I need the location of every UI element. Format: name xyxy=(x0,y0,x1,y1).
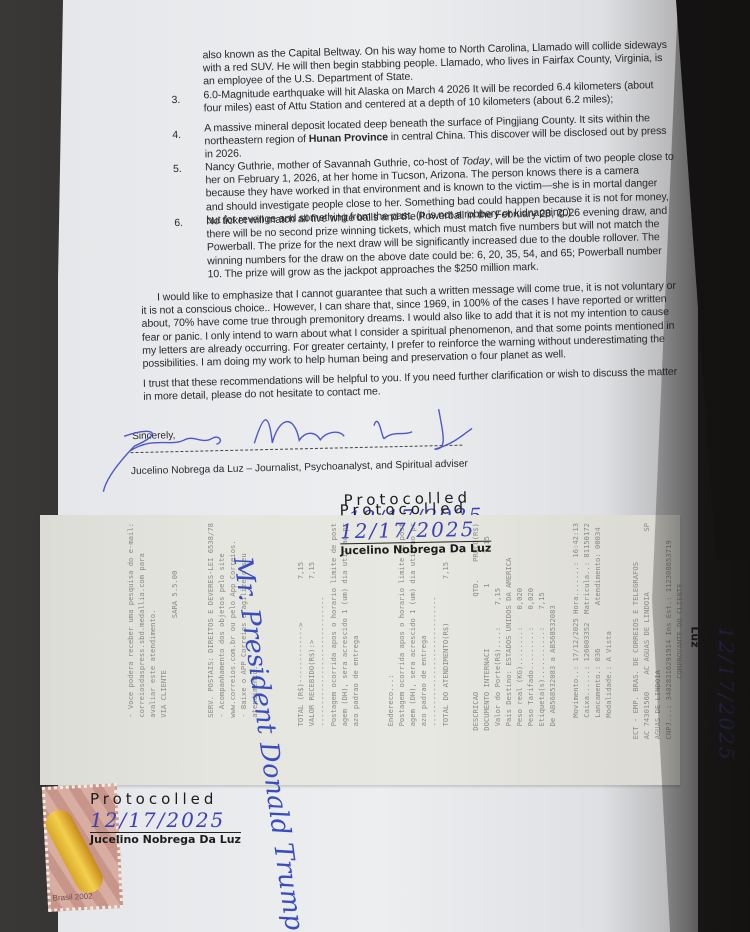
receipt-header: ECT - EMP. BRAS. DE CORREIOS E TELEGRAFO… xyxy=(630,523,685,739)
protocol-stamp-vertical: Protocolled 12/17/2025 Jucelino Nobrega … xyxy=(689,626,750,761)
item-number: 4. xyxy=(172,129,182,142)
item-number: 6. xyxy=(174,217,184,230)
letter-page: also known as the Capital Beltway. On hi… xyxy=(0,0,750,509)
receipt-transaction: Movimento..: 17/12/2025 Hora.......: 16:… xyxy=(570,523,614,718)
item-text: No ticket will match all five white ball… xyxy=(206,205,677,282)
receipt-footer: - Voce podera receber uma pesquisa do e-… xyxy=(125,523,180,718)
item-number: 3. xyxy=(171,94,181,107)
paragraph: I trust that these recommendations will … xyxy=(143,366,683,405)
paragraph: I would like to emphasize that I cannot … xyxy=(141,280,683,371)
item-number: 5. xyxy=(173,163,183,176)
protocol-stamp-bottom: Protocolled 12/17/2025 Jucelino Nobrega … xyxy=(90,790,241,846)
protocol-stamp-main: Protocolled 12/17/2025 Jucelino Nobrega … xyxy=(340,499,492,558)
